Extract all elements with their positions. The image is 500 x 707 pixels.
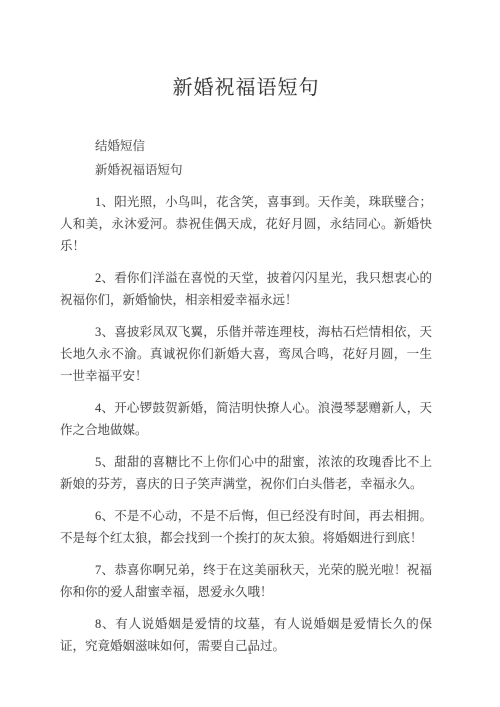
paragraph-5: 5、甜甜的喜糖比不上你们心中的甜蜜，浓浓的玫瑰香比不上新娘的芬芳，喜庆的日子笑声… <box>60 451 432 495</box>
document-page: 新婚祝福语短句 结婚短信 新婚祝福语短句 1、阳光照，小鸟叫，花含笑，喜事到。天… <box>0 0 500 707</box>
subheading-marriage-sms: 结婚短信 <box>60 135 432 157</box>
paragraph-7: 7、恭喜你啊兄弟，终于在这美丽秋天，光荣的脱光啦！祝福你和你的爱人甜蜜幸福，恩爱… <box>60 559 432 603</box>
paragraph-4: 4、开心锣鼓贺新婚，简洁明快撩人心。浪漫琴瑟赠新人，天作之合地做媒。 <box>60 397 432 441</box>
paragraph-2: 2、看你们洋溢在喜悦的天堂，披着闪闪星光，我只想衷心的祝福你们，新婚愉快，相亲相… <box>60 267 432 311</box>
page-number: 1 <box>0 645 500 657</box>
paragraph-1: 1、阳光照，小鸟叫，花含笑，喜事到。天作美，珠联璧合；人和美，永沐爱河。恭祝佳偶… <box>60 191 432 257</box>
paragraph-6: 6、不是不心动，不是不后悔，但已经没有时间，再去相拥。不是每个红太狼，都会找到一… <box>60 505 432 549</box>
document-title: 新婚祝福语短句 <box>60 74 432 102</box>
paragraph-3: 3、喜披彩凤双飞翼，乐偕并蒂连理枝，海枯石烂情相依，天长地久永不渝。真诚祝你们新… <box>60 321 432 387</box>
subheading-wedding-blessing: 新婚祝福语短句 <box>60 159 432 181</box>
document-content: 新婚祝福语短句 结婚短信 新婚祝福语短句 1、阳光照，小鸟叫，花含笑，喜事到。天… <box>0 0 500 657</box>
